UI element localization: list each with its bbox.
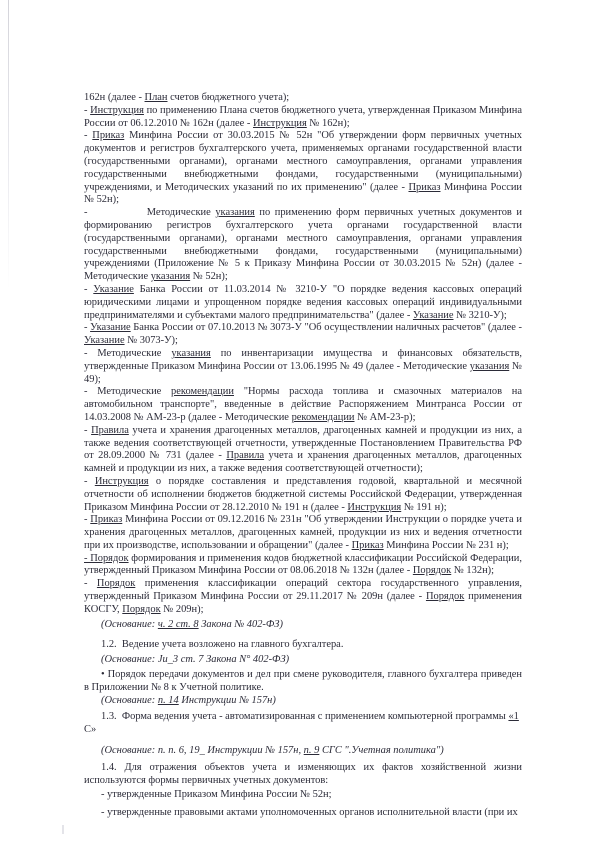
underlined-text: Порядок	[97, 578, 135, 589]
scan-speck-artifact	[62, 825, 64, 834]
text-run: - Методические	[84, 348, 171, 359]
text-run: - Методические	[84, 386, 171, 397]
text-run: № 191 н);	[401, 502, 446, 513]
text-run: (Основание: п. п. 6, 19_ Инструкции № 15…	[101, 745, 304, 756]
paragraph-23: - утвержденные правовыми актами уполномо…	[84, 807, 522, 820]
text-run: Минфина России № 231 н);	[384, 540, 509, 551]
underlined-text: Правила	[226, 450, 264, 461]
underlined-text: указания	[215, 207, 255, 218]
underlined-text: План	[145, 92, 168, 103]
underlined-text: Приказ	[352, 540, 384, 551]
text-run: - утвержденные Приказом Минфина России №…	[101, 789, 332, 800]
underlined-text: Инструкция	[253, 118, 307, 129]
underlined-text: Указание	[413, 310, 454, 321]
paragraph-7: - Методические указания по инвентаризаци…	[84, 348, 522, 386]
paragraph-16: (Основание: Jи_3 ст. 7 Закона N° 402-ФЗ)	[84, 654, 522, 667]
underlined-text: Приказ	[90, 514, 122, 525]
underlined-text: Указание	[84, 335, 125, 346]
text-run: -	[84, 476, 95, 487]
paragraph-9: - Правила учета и хранения драгоценных м…	[84, 425, 522, 476]
paragraph-6: - Указание Банка России от 07.10.2013 № …	[84, 322, 522, 348]
text-run: № 3073-У);	[125, 335, 178, 346]
text-run: • Порядок передачи документов и дел при …	[84, 669, 522, 693]
paragraph-5: - Указание Банка России от 11.03.2014 № …	[84, 284, 522, 322]
paragraph-21: 1.4. Для отражения объектов учета и изме…	[84, 762, 522, 788]
paragraph-12: - Порядок формирования и применения кодо…	[84, 553, 522, 579]
text-run: (Основание: Jи_3 ст. 7 Закона N° 402-ФЗ)	[101, 654, 289, 665]
underlined-text: ч. 2 ст. 8	[158, 619, 199, 630]
text-run: (Основание:	[101, 619, 158, 630]
text-run: 162н (далее -	[84, 92, 145, 103]
paragraph-13: - Порядок применения классификации опера…	[84, 578, 522, 616]
paragraph-17: • Порядок передачи документов и дел при …	[84, 669, 522, 695]
underlined-text: п. 14	[158, 695, 179, 706]
underlined-text: Инструкция	[95, 476, 149, 487]
underlined-text: Инструкция	[90, 105, 144, 116]
text-run: С»	[84, 724, 96, 735]
underlined-text: Указание	[90, 322, 131, 333]
text-run: Банка России от 07.10.2013 № 3073-У "Об …	[131, 322, 522, 333]
paragraph-10: - Инструкция о порядке составления и пре…	[84, 476, 522, 514]
underlined-text: рекомендации	[171, 386, 234, 397]
paragraph-22: - утвержденные Приказом Минфина России №…	[84, 789, 522, 802]
text-run: № 3210-У);	[454, 310, 507, 321]
paragraph-15: 1.2. Ведение учета возложено на главного…	[84, 639, 522, 652]
text-run: 1.4. Для отражения объектов учета и изме…	[84, 762, 522, 786]
paragraph-20: (Основание: п. п. 6, 19_ Инструкции № 15…	[84, 745, 522, 758]
text-run: СГС ".Учетная политика")	[319, 745, 443, 756]
text-run: - утвержденные правовыми актами уполномо…	[101, 807, 518, 818]
text-run: № АМ-23-р);	[355, 412, 416, 423]
text-run: № 132н);	[451, 565, 494, 576]
underlined-text: - Порядок	[84, 553, 129, 564]
underlined-text: п. 9	[304, 745, 320, 756]
text-run: -	[84, 578, 97, 589]
paragraph-19: 1.3. Форма ведения учета - автоматизиров…	[84, 711, 522, 737]
underlined-text: Правила	[91, 425, 129, 436]
underlined-text: указания	[151, 271, 191, 282]
text-run: -	[84, 284, 93, 295]
underlined-text: рекомендации	[292, 412, 355, 423]
text-run: 1.3. Форма ведения учета - автоматизиров…	[101, 711, 508, 722]
text-run: (Основание:	[101, 695, 158, 706]
text-run: о порядке составления и представления го…	[84, 476, 522, 513]
text-run: № 162н);	[307, 118, 350, 129]
text-run: Инструкции № 157н)	[179, 695, 276, 706]
scan-edge-artifact	[8, 0, 9, 290]
paragraph-18: (Основание: п. 14 Инструкции № 157н)	[84, 695, 522, 708]
underlined-text: Порядок	[122, 604, 160, 615]
document-body: 162н (далее - План счетов бюджетного уче…	[84, 92, 522, 820]
underlined-text: Порядок	[413, 565, 451, 576]
paragraph-4: - Методические указания по применению фо…	[84, 207, 522, 284]
paragraph-11: - Приказ Минфина России от 09.12.2016 № …	[84, 514, 522, 552]
underlined-text: указания	[171, 348, 211, 359]
text-run: 1.2. Ведение учета возложено на главного…	[101, 639, 343, 650]
text-run: по применению форм первичных учетных док…	[84, 207, 522, 282]
underlined-text: Приказ	[92, 130, 124, 141]
text-run: № 209н);	[161, 604, 204, 615]
text-run: - Методические	[84, 207, 215, 218]
text-run: № 52н);	[190, 271, 228, 282]
paragraph-14: (Основание: ч. 2 ст. 8 Закона № 402-ФЗ)	[84, 619, 522, 632]
paragraph-1: 162н (далее - План счетов бюджетного уче…	[84, 92, 522, 105]
text-run: Закона № 402-ФЗ)	[199, 619, 283, 630]
underlined-text: указания	[470, 361, 510, 372]
underlined-text: Порядок	[426, 591, 464, 602]
underlined-text: Приказ	[408, 182, 440, 193]
paragraph-2: - Инструкция по применению Плана счетов …	[84, 105, 522, 131]
scanned-document-page: 162н (далее - План счетов бюджетного уче…	[0, 0, 600, 848]
paragraph-8: - Методические рекомендации "Нормы расхо…	[84, 386, 522, 424]
underlined-text: Указание	[93, 284, 134, 295]
paragraph-3: - Приказ Минфина России от 30.03.2015 № …	[84, 130, 522, 207]
underlined-text: Инструкция	[347, 502, 401, 513]
text-run: счетов бюджетного учета);	[168, 92, 290, 103]
underlined-text: «1	[508, 711, 518, 722]
